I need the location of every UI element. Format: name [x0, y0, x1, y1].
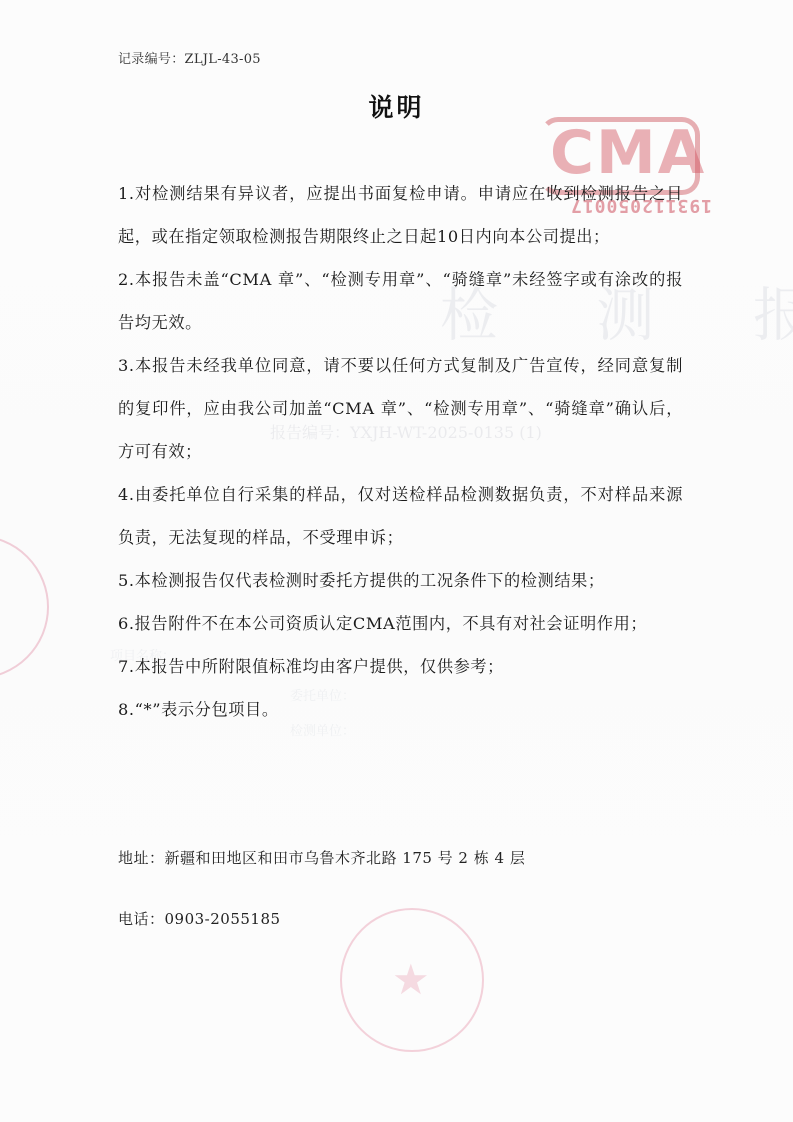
clause-item: 1.对检测结果有异议者，应提出书面复检申请。申请应在收到检测报告之日起，或在指定…: [118, 172, 683, 258]
clause-list: 1.对检测结果有异议者，应提出书面复检申请。申请应在收到检测报告之日起，或在指定…: [118, 172, 683, 731]
company-address: 地址：新疆和田地区和田市乌鲁木齐北路 175 号 2 栋 4 层: [118, 847, 525, 868]
page-title: 说明: [0, 88, 793, 124]
star-icon: ★: [392, 955, 430, 1004]
official-seal-stamp: ★: [340, 908, 484, 1052]
seam-seal-stamp: [0, 535, 49, 679]
clause-item: 8.“*”表示分包项目。: [118, 688, 683, 731]
clause-item: 2.本报告未盖“CMA 章”、“检测专用章”、“骑缝章”未经签字或有涂改的报告均…: [118, 258, 683, 344]
clause-item: 7.本报告中所附限值标准均由客户提供，仅供参考；: [118, 645, 683, 688]
document-page: 检 测 报 告 报告编号：YXJH-WT-2025-0135 (1) 项目名称：…: [0, 0, 793, 1122]
company-phone: 电话：0903-2055185: [118, 908, 281, 929]
clause-item: 5.本检测报告仅代表检测时委托方提供的工况条件下的检测结果；: [118, 559, 683, 602]
clause-item: 4.由委托单位自行采集的样品，仅对送检样品检测数据负责，不对样品来源负责，无法复…: [118, 473, 683, 559]
record-number: 记录编号：ZLJL-43-05: [118, 48, 261, 67]
clause-item: 6.报告附件不在本公司资质认定CMA范围内，不具有对社会证明作用；: [118, 602, 683, 645]
clause-item: 3.本报告未经我单位同意，请不要以任何方式复制及广告宣传，经同意复制的复印件，应…: [118, 344, 683, 473]
